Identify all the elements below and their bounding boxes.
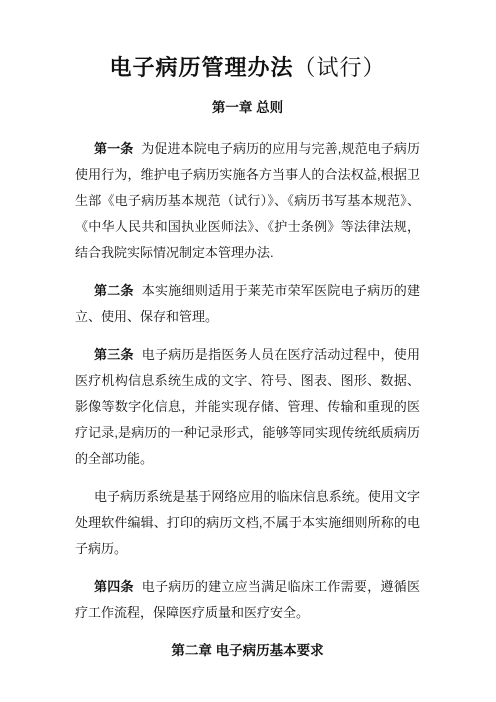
article-1-text: 为促进本院电子病历的应用与完善,规范电子病历使用行为，维护电子病历实施各方当事人… (75, 141, 420, 260)
article-3-number: 第三条 (94, 347, 134, 362)
paragraph-article-3: 第三条电子病历是指医务人员在医疗活动过程中，使用医疗机构信息系统生成的文字、符号… (75, 342, 420, 472)
article-4-number: 第四条 (94, 579, 134, 594)
document-title-main: 电子病历管理办法 (109, 55, 293, 80)
article-1-number: 第一条 (94, 141, 133, 156)
chapter-heading-2: 第二章 电子病历基本要求 (75, 638, 420, 664)
paragraph-emr-system-note: 电子病历系统是基于网络应用的临床信息系统。使用文字处理软件编辑、打印的病历文档,… (75, 484, 420, 562)
chapter-heading-1: 第一章 总则 (75, 95, 420, 121)
article-2-number: 第二条 (94, 283, 134, 298)
article-3-text: 电子病历是指医务人员在医疗活动过程中，使用医疗机构信息系统生成的文字、符号、图表… (75, 347, 420, 466)
emr-system-note-text: 电子病历系统是基于网络应用的临床信息系统。使用文字处理软件编辑、打印的病历文档,… (75, 489, 420, 556)
document-title-suffix: （试行） (294, 55, 386, 80)
document-page: 电子病历管理办法（试行） 第一章 总则 第一条为促进本院电子病历的应用与完善,规… (0, 0, 496, 702)
paragraph-article-2: 第二条本实施细则适用于莱芜市荣军医院电子病历的建立、使用、保存和管理。 (75, 278, 420, 330)
document-title: 电子病历管理办法（试行） (75, 52, 420, 84)
paragraph-article-1: 第一条为促进本院电子病历的应用与完善,规范电子病历使用行为，维护电子病历实施各方… (75, 136, 420, 266)
paragraph-article-4: 第四条电子病历的建立应当满足临床工作需要，遵循医疗工作流程，保障医疗质量和医疗安… (75, 574, 420, 626)
